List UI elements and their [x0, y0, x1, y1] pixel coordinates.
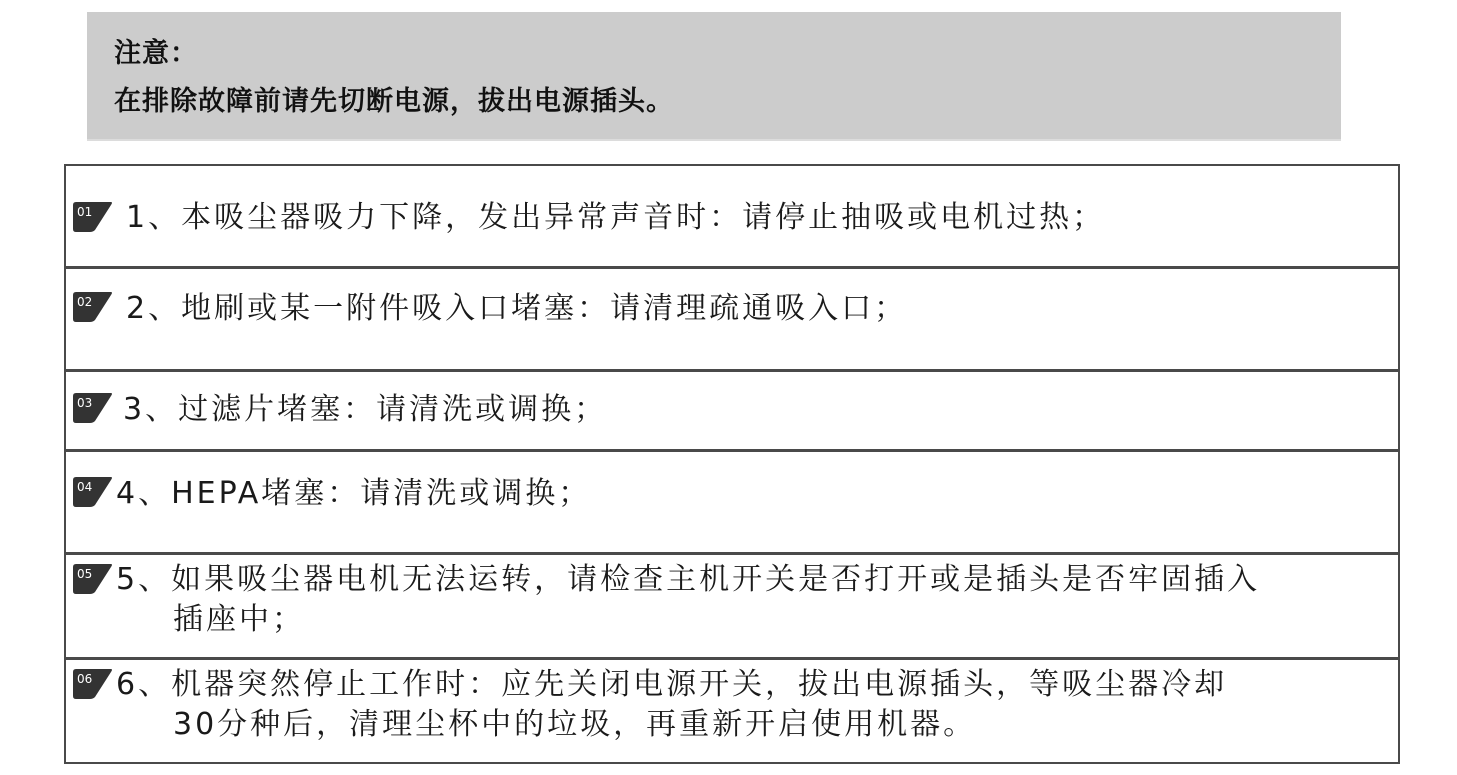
number-badge-icon: 03 — [73, 393, 113, 423]
svg-text:05: 05 — [77, 567, 92, 581]
row-text: 2、地刷或某一附件吸入口堵塞：请清理疏通吸入口； — [126, 289, 907, 329]
number-badge-icon: 04 — [73, 477, 113, 507]
row-text: 1、本吸尘器吸力下降，发出异常声音时：请停止抽吸或电机过热； — [126, 198, 1105, 238]
troubleshooting-row: 02 2、地刷或某一附件吸入口堵塞：请清理疏通吸入口； — [66, 269, 1398, 372]
svg-text:01: 01 — [77, 205, 92, 219]
troubleshooting-row: 01 1、本吸尘器吸力下降，发出异常声音时：请停止抽吸或电机过热； — [66, 166, 1398, 269]
row-text: 3、过滤片堵塞：请清洗或调换； — [123, 390, 607, 430]
row-text: 4、HEPA堵塞：请清洗或调换； — [116, 474, 591, 514]
row-text: 6、机器突然停止工作时：应先关闭电源开关，拔出电源插头，等吸尘器冷却 30分种后… — [116, 665, 1227, 745]
svg-text:06: 06 — [77, 672, 92, 686]
number-badge-icon: 05 — [73, 564, 113, 594]
number-badge-icon: 06 — [73, 669, 113, 699]
row-text: 5、如果吸尘器电机无法运转，请检查主机开关是否打开或是插头是否牢固插入 插座中； — [116, 560, 1260, 640]
number-badge-icon: 02 — [73, 292, 113, 322]
troubleshooting-row: 03 3、过滤片堵塞：请清洗或调换； — [66, 372, 1398, 452]
svg-text:02: 02 — [77, 295, 92, 309]
troubleshooting-row: 06 6、机器突然停止工作时：应先关闭电源开关，拔出电源插头，等吸尘器冷却 30… — [66, 660, 1398, 764]
troubleshooting-table: 01 1、本吸尘器吸力下降，发出异常声音时：请停止抽吸或电机过热； 02 2、地… — [64, 164, 1400, 764]
number-badge-icon: 01 — [73, 202, 113, 232]
svg-text:03: 03 — [77, 396, 92, 410]
svg-text:04: 04 — [77, 480, 92, 494]
notice-banner: 注意： 在排除故障前请先切断电源，拔出电源插头。 — [87, 12, 1341, 141]
notice-title: 注意： — [114, 36, 1341, 72]
troubleshooting-row: 05 5、如果吸尘器电机无法运转，请检查主机开关是否打开或是插头是否牢固插入 插… — [66, 555, 1398, 660]
troubleshooting-row: 04 4、HEPA堵塞：请清洗或调换； — [66, 452, 1398, 555]
notice-body: 在排除故障前请先切断电源，拔出电源插头。 — [114, 84, 1341, 120]
